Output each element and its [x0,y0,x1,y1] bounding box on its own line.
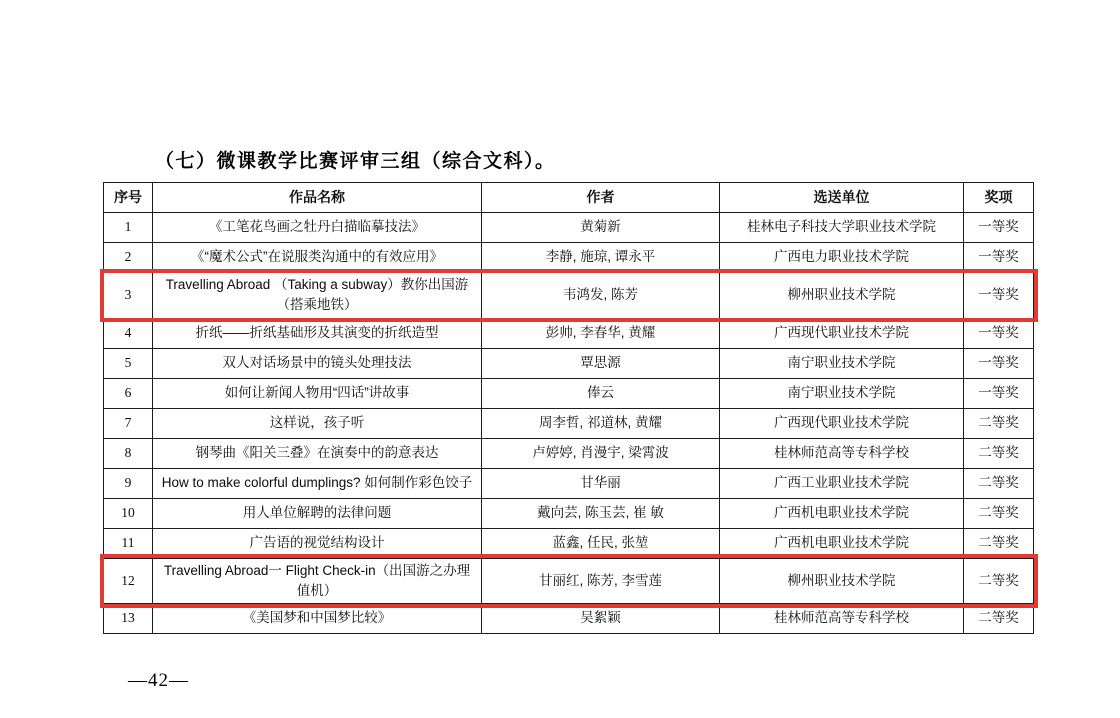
cell-authors: 甘华丽 [482,468,720,498]
cell-serial: 7 [104,408,153,438]
cell-serial: 3 [104,273,153,319]
cell-authors: 韦鸿发, 陈芳 [482,273,720,319]
cell-authors: 李静, 施琼, 谭永平 [482,243,720,273]
cell-award: 二等奖 [964,468,1034,498]
cell-work-title: 折纸——折纸基础形及其演变的折纸造型 [153,318,482,348]
cell-unit: 广西机电职业技术学院 [720,498,964,528]
cell-award: 一等奖 [964,318,1034,348]
cell-authors: 周李哲, 祁道林, 黄耀 [482,408,720,438]
cell-award: 二等奖 [964,558,1034,604]
page-number: —42— [128,670,189,692]
cell-unit: 广西机电职业技术学院 [720,528,964,558]
table-row: 8 钢琴曲《阳关三叠》在演奏中的韵意表达 卢婷婷, 肖漫宇, 梁霄波 桂林师范高… [104,438,1034,468]
cell-serial: 11 [104,528,153,558]
cell-award: 一等奖 [964,243,1034,273]
cell-unit: 广西电力职业技术学院 [720,243,964,273]
cell-award: 二等奖 [964,528,1034,558]
cell-serial: 5 [104,348,153,378]
cell-unit: 桂林师范高等专科学校 [720,438,964,468]
cell-authors: 吴絮颖 [482,604,720,634]
cell-serial: 10 [104,498,153,528]
cell-unit: 桂林师范高等专科学校 [720,604,964,634]
cell-work-title: 用人单位解聘的法律问题 [153,498,482,528]
cell-award: 一等奖 [964,213,1034,243]
table-row: 12 Travelling Abroad一 Flight Check-in（出国… [104,558,1034,604]
cell-work-title: 这样说，孩子听 [153,408,482,438]
cell-work-title: 如何让新闻人物用“四话”讲故事 [153,378,482,408]
cell-work-title: 《工笔花鸟画之牡丹白描临摹技法》 [153,213,482,243]
cell-award: 一等奖 [964,348,1034,378]
cell-authors: 俸云 [482,378,720,408]
results-table: 序号 作品名称 作者 选送单位 奖项 1 《工笔花鸟画之牡丹白描临摹技法》 黄菊… [103,182,1034,634]
table-row: 4 折纸——折纸基础形及其演变的折纸造型 彭帅, 李春华, 黄耀 广西现代职业技… [104,318,1034,348]
cell-authors: 彭帅, 李春华, 黄耀 [482,318,720,348]
cell-award: 二等奖 [964,604,1034,634]
table-row: 2 《“魔术公式”在说服类沟通中的有效应用》 李静, 施琼, 谭永平 广西电力职… [104,243,1034,273]
cell-serial: 9 [104,468,153,498]
table-row: 10 用人单位解聘的法律问题 戴向芸, 陈玉芸, 崔 敏 广西机电职业技术学院 … [104,498,1034,528]
cell-award: 一等奖 [964,273,1034,319]
cell-unit: 柳州职业技术学院 [720,273,964,319]
header-authors: 作者 [482,183,720,213]
cell-serial: 13 [104,604,153,634]
table-row: 9 How to make colorful dumplings? 如何制作彩色… [104,468,1034,498]
cell-work-title: 双人对话场景中的镜头处理技法 [153,348,482,378]
cell-unit: 广西现代职业技术学院 [720,408,964,438]
cell-work-title: How to make colorful dumplings? 如何制作彩色饺子 [153,468,482,498]
table-row: 1 《工笔花鸟画之牡丹白描临摹技法》 黄菊新 桂林电子科技大学职业技术学院 一等… [104,213,1034,243]
table-header: 序号 作品名称 作者 选送单位 奖项 [104,183,1034,213]
cell-work-title: Travelling Abroad （Taking a subway）教你出国游… [153,273,482,319]
cell-authors: 甘丽红, 陈芳, 李雪莲 [482,558,720,604]
cell-unit: 桂林电子科技大学职业技术学院 [720,213,964,243]
cell-work-title: 《美国梦和中国梦比较》 [153,604,482,634]
cell-unit: 广西现代职业技术学院 [720,318,964,348]
header-serial: 序号 [104,183,153,213]
table-header-row: 序号 作品名称 作者 选送单位 奖项 [104,183,1034,213]
cell-work-title: Travelling Abroad一 Flight Check-in（出国游之办… [153,558,482,604]
cell-serial: 12 [104,558,153,604]
cell-serial: 4 [104,318,153,348]
document-page: （七）微课教学比赛评审三组（综合文科）。 序号 作品名称 作者 选送单位 奖项 … [0,0,1120,718]
header-unit: 选送单位 [720,183,964,213]
cell-authors: 黄菊新 [482,213,720,243]
cell-authors: 覃思源 [482,348,720,378]
cell-serial: 1 [104,213,153,243]
cell-serial: 2 [104,243,153,273]
cell-authors: 蓝鑫, 任民, 张堃 [482,528,720,558]
cell-unit: 南宁职业技术学院 [720,378,964,408]
cell-work-title: 钢琴曲《阳关三叠》在演奏中的韵意表达 [153,438,482,468]
cell-work-title: 广告语的视觉结构设计 [153,528,482,558]
cell-work-title: 《“魔术公式”在说服类沟通中的有效应用》 [153,243,482,273]
cell-unit: 南宁职业技术学院 [720,348,964,378]
table-body: 1 《工笔花鸟画之牡丹白描临摹技法》 黄菊新 桂林电子科技大学职业技术学院 一等… [104,213,1034,634]
cell-award: 二等奖 [964,498,1034,528]
cell-unit: 广西工业职业技术学院 [720,468,964,498]
cell-serial: 6 [104,378,153,408]
header-award: 奖项 [964,183,1034,213]
cell-award: 二等奖 [964,438,1034,468]
section-title: （七）微课教学比赛评审三组（综合文科）。 [155,146,556,173]
table-row: 7 这样说，孩子听 周李哲, 祁道林, 黄耀 广西现代职业技术学院 二等奖 [104,408,1034,438]
table-row: 3 Travelling Abroad （Taking a subway）教你出… [104,273,1034,319]
table-row: 6 如何让新闻人物用“四话”讲故事 俸云 南宁职业技术学院 一等奖 [104,378,1034,408]
table-row: 5 双人对话场景中的镜头处理技法 覃思源 南宁职业技术学院 一等奖 [104,348,1034,378]
cell-award: 一等奖 [964,378,1034,408]
table-row: 13 《美国梦和中国梦比较》 吴絮颖 桂林师范高等专科学校 二等奖 [104,604,1034,634]
cell-authors: 卢婷婷, 肖漫宇, 梁霄波 [482,438,720,468]
cell-serial: 8 [104,438,153,468]
table-row: 11 广告语的视觉结构设计 蓝鑫, 任民, 张堃 广西机电职业技术学院 二等奖 [104,528,1034,558]
cell-authors: 戴向芸, 陈玉芸, 崔 敏 [482,498,720,528]
cell-unit: 柳州职业技术学院 [720,558,964,604]
header-work: 作品名称 [153,183,482,213]
cell-award: 二等奖 [964,408,1034,438]
